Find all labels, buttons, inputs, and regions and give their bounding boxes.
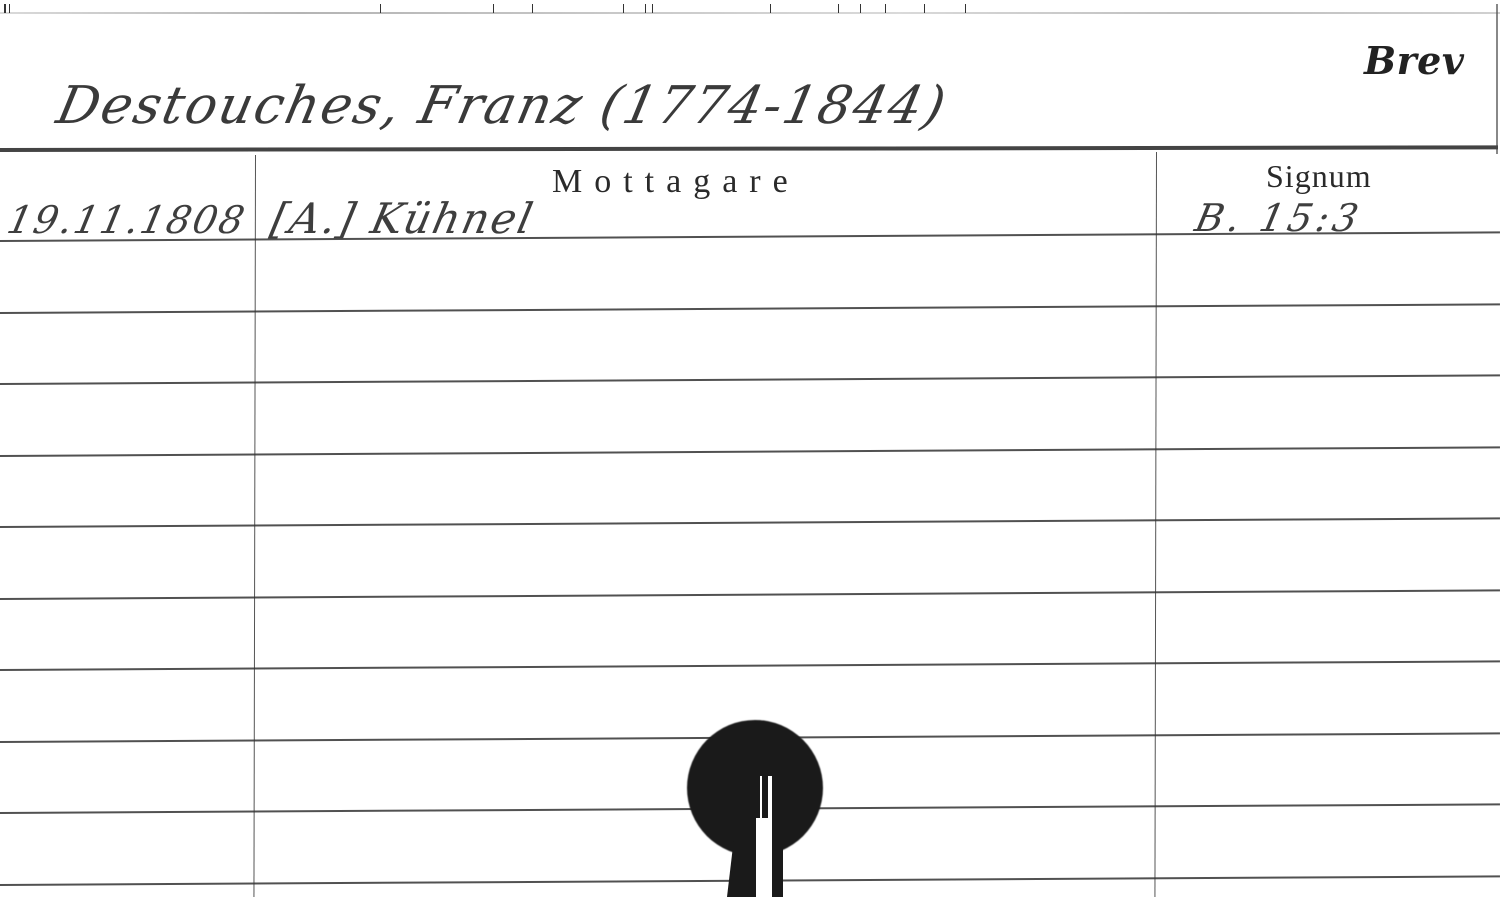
column-divider-signum	[1154, 152, 1157, 897]
punch-hole-gap	[756, 818, 772, 897]
scan-artifact	[493, 4, 494, 13]
scan-artifact	[965, 4, 966, 13]
scan-right-edge	[1496, 4, 1498, 154]
column-header-recipient: Mottagare	[552, 163, 800, 201]
entry-date: 19.11.1808	[3, 198, 250, 242]
entry-recipient: [A.] Kühnel	[267, 194, 539, 243]
heading-rule	[0, 145, 1498, 152]
punch-hole-slit	[768, 776, 772, 820]
scan-artifact	[645, 4, 646, 13]
scan-artifact	[860, 4, 861, 13]
row-line	[0, 374, 1500, 385]
punch-hole-slit	[760, 776, 762, 820]
row-line	[0, 517, 1500, 528]
index-card: Brev Destouches, Franz (1774-1844) Motta…	[0, 0, 1500, 897]
card-type-label: Brev	[1364, 38, 1464, 83]
column-header-signum: Signum	[1266, 158, 1372, 195]
scan-artifact	[623, 4, 624, 13]
scan-artifact	[885, 4, 886, 13]
scan-artifact	[4, 4, 6, 13]
punch-hole	[687, 720, 823, 856]
scan-top-edge	[0, 12, 1500, 14]
scan-artifact	[838, 4, 839, 13]
scan-artifact	[770, 4, 771, 13]
card-heading-name: Destouches, Franz (1774-1844)	[52, 76, 953, 136]
punch-hole-slot	[727, 840, 783, 897]
scan-artifact	[652, 4, 653, 13]
scan-artifact	[532, 4, 533, 13]
scan-artifact	[380, 4, 381, 13]
row-line	[0, 589, 1500, 600]
row-line	[0, 660, 1500, 671]
entry-signum: B. 15:3	[1191, 196, 1366, 240]
row-line	[0, 446, 1500, 457]
scan-artifact	[924, 4, 925, 13]
row-line	[0, 303, 1500, 314]
scan-artifact	[9, 4, 10, 13]
